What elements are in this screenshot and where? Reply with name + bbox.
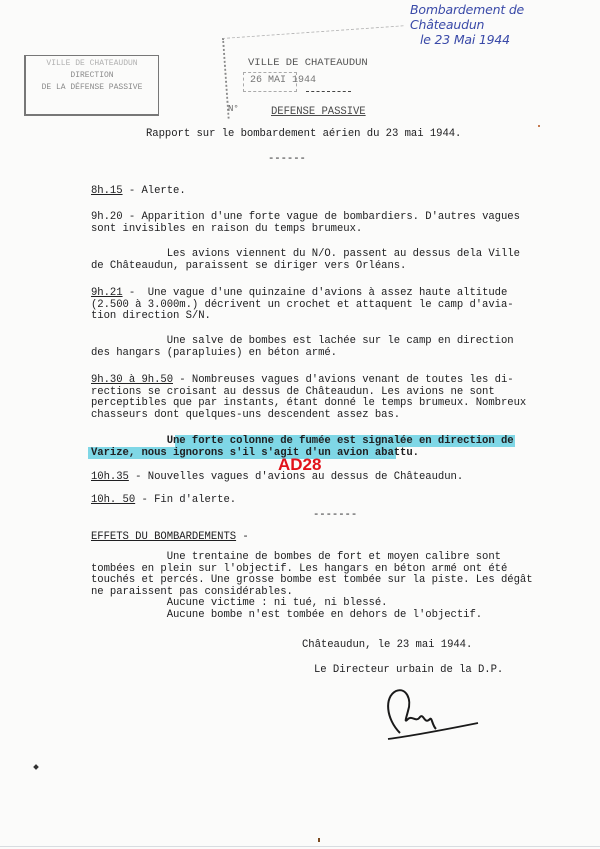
- entry-continuation: perceptibles que par instants, étant don…: [91, 397, 526, 409]
- entry-time: 9h.20: [91, 211, 123, 223]
- effects-line: tombées en plein sur l'objectif. Les han…: [91, 563, 507, 575]
- entry-9h20: 9h.20 - Apparition d'une forte vague de …: [91, 212, 520, 235]
- scan-mark: [538, 125, 540, 127]
- entry-text: - Fin d'alerte.: [135, 494, 236, 506]
- effects-heading-text: EFFETS DU BOMBARDEMENTS: [91, 531, 236, 543]
- stamp-number: N°: [228, 104, 239, 114]
- entry-time: 9h.30 à 9h.50: [91, 374, 173, 386]
- service-heading: DEFENSE PASSIVE: [271, 107, 366, 119]
- entry-text: - Une vague d'une quinzaine d'avions à a…: [123, 287, 508, 299]
- page-bottom-edge: [0, 846, 600, 847]
- stamp-date-box: 26 MAI 1944: [243, 72, 297, 92]
- signature: [378, 685, 518, 745]
- entry-9h21: 9h.21 - Une vague d'une quinzaine d'avio…: [91, 288, 514, 323]
- entry-9h30: 9h.30 à 9h.50 - Nombreuses vagues d'avio…: [91, 375, 526, 421]
- effects-heading-suffix: -: [236, 531, 249, 543]
- entry-time: 10h.35: [91, 471, 129, 483]
- stamp-line-3: DE LA DÉFENSE PASSIVE: [26, 82, 158, 94]
- entry-10h35: 10h.35 - Nouvelles vagues d'avions au de…: [91, 472, 463, 484]
- scan-mark: [318, 838, 320, 842]
- entry-time: 9h.21: [91, 287, 123, 299]
- entry-alerte: 8h.15 - Alerte.: [91, 186, 186, 198]
- title-separator: ------: [268, 154, 306, 166]
- stamp-line-1: VILLE DE CHATEAUDUN: [26, 58, 158, 70]
- entry-continuation: rections se croisant au dessus de Châtea…: [91, 386, 495, 398]
- paragraph-avions-no: Les avions viennent du N/O. passent au d…: [91, 249, 520, 272]
- effects-body: Une trentaine de bombes de fort et moyen…: [91, 552, 533, 622]
- stamp-town: VILLE DE CHATEAUDUN: [248, 57, 368, 69]
- effects-line: Une trentaine de bombes de fort et moyen…: [91, 551, 501, 563]
- highlight-line: Une forte colonne de fumée est signalée …: [91, 435, 514, 447]
- effects-heading: EFFETS DU BOMBARDEMENTS -: [91, 532, 249, 544]
- paragraph-line: Une salve de bombes est lachée sur le ca…: [91, 335, 514, 347]
- stamp-date: 26 MAI 1944: [250, 75, 316, 86]
- entry-text: - Alerte.: [123, 185, 186, 197]
- paragraph-salve: Une salve de bombes est lachée sur le ca…: [91, 336, 514, 359]
- effects-line: touchés et percés. Une grosse bombe est …: [91, 574, 533, 586]
- stamp-defense-passive: VILLE DE CHATEAUDUN DIRECTION DE LA DÉFE…: [24, 55, 159, 116]
- effects-line: Aucune victime : ni tué, ni blessé.: [91, 597, 387, 609]
- effects-line: Aucune bombe n'est tombée en dehors de l…: [91, 609, 482, 621]
- effects-line: ne paraissent pas considérables.: [91, 586, 293, 598]
- entry-time: 10h. 50: [91, 494, 135, 506]
- report-title: Rapport sur le bombardement aérien du 23…: [146, 129, 461, 141]
- paragraph-line: des hangars (parapluies) en béton armé.: [91, 347, 337, 359]
- section-separator: -------: [313, 510, 357, 522]
- entry-10h50: 10h. 50 - Fin d'alerte.: [91, 495, 236, 507]
- entry-continuation: chasseurs dont quelques-uns descendent a…: [91, 409, 400, 421]
- entry-continuation: (2.500 à 3.000m.) décrivent un crochet e…: [91, 299, 514, 311]
- stamp-line-2: DIRECTION: [26, 70, 158, 82]
- paragraph-line: de Châteaudun, paraissent se diriger ver…: [91, 260, 406, 272]
- entry-text: - Apparition d'une forte vague de bombar…: [123, 211, 520, 223]
- annotation-line-2: le 23 Mai 1944: [420, 32, 600, 47]
- entry-time: 8h.15: [91, 185, 123, 197]
- place-date: Châteaudun, le 23 mai 1944.: [302, 640, 472, 652]
- scan-mark: [33, 764, 39, 770]
- highlight-line: Varize, nous ignorons s'il s'agit d'un a…: [91, 447, 419, 459]
- paragraph-line: Les avions viennent du N/O. passent au d…: [91, 248, 520, 260]
- entry-continuation: tion direction S/N.: [91, 310, 211, 322]
- handwritten-annotation: Bombardement de Châteaudun le 23 Mai 194…: [410, 2, 600, 47]
- signatory-title: Le Directeur urbain de la D.P.: [314, 665, 503, 677]
- stamp-dash-line: [306, 91, 351, 92]
- entry-continuation: sont invisibles en raison du temps brume…: [91, 223, 362, 235]
- entry-text: - Nombreuses vagues d'avions venant de t…: [173, 374, 514, 386]
- entry-text: - Nouvelles vagues d'avions au dessus de…: [129, 471, 463, 483]
- annotation-line-1: Bombardement de Châteaudun: [410, 2, 600, 32]
